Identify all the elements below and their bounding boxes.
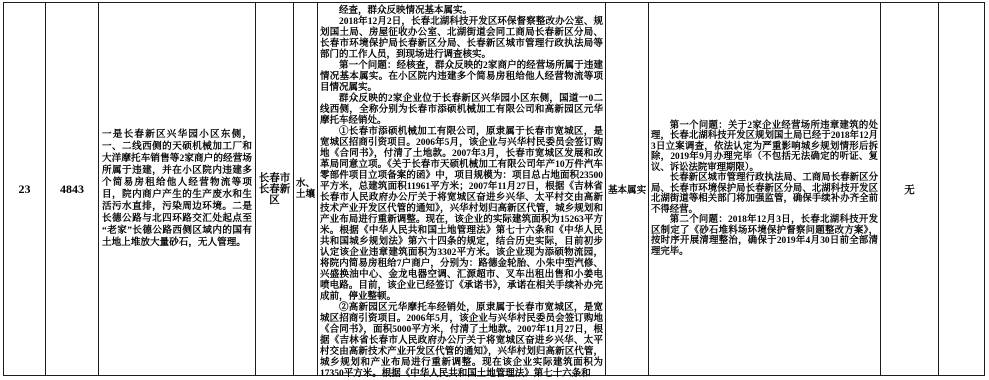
paragraph: ①长春市添硕机械加工有限公司，原隶属于长春市宽城区，是宽城区招商引资项目。200… bbox=[320, 127, 603, 303]
cell-accountability: 无 bbox=[881, 3, 939, 375]
paragraph: 第一个问题：经核查，群众反映的2家商户的经营场所属于违建情况基本属实。在小区院内… bbox=[320, 61, 603, 94]
document-page: 23 4843 一是长春新区兴华园小区东侧，一、二线西侧的天硕机械加工厂和大洋摩… bbox=[0, 0, 989, 380]
pollution-type-value: 水、土壤 bbox=[295, 178, 316, 200]
paragraph: ②高新园区元华摩托车经销处，原隶属于长春市宽城区，是宽城区招商引资项目。2006… bbox=[320, 303, 603, 380]
cell-region: 长春市长春新区 bbox=[256, 3, 294, 375]
paragraph: 经查，群众反映情况基本属实。 bbox=[320, 6, 603, 17]
cell-verification-result: 基本属实 bbox=[606, 3, 649, 375]
complaint-text: 一是长春新区兴华园小区东侧，一、二线西侧的天硕机械加工厂和大洋摩托车销售等2家商… bbox=[102, 129, 252, 249]
cell-complaint: 一是长春新区兴华园小区东侧，一、二线西侧的天硕机械加工厂和大洋摩托车销售等2家商… bbox=[99, 3, 256, 375]
cell-handling: 第一个问题：关于2家企业经营场所违章建筑的处理，长春北湖科技开发区规划国土局已经… bbox=[649, 3, 881, 375]
cell-pollution-type: 水、土壤 bbox=[294, 3, 318, 375]
case-number-value: 4843 bbox=[60, 182, 84, 197]
paragraph: 2018年12月2日，长春北湖科技开发区环保督察整改办公室、规划国土局、房屋征收… bbox=[320, 17, 603, 61]
region-value: 长春市长春新区 bbox=[258, 173, 291, 206]
cell-case-number: 4843 bbox=[46, 3, 99, 375]
cell-empty bbox=[939, 3, 984, 375]
verification-result-value: 基本属实 bbox=[608, 182, 646, 196]
index-value: 23 bbox=[19, 182, 31, 197]
paragraph: 长春新区城市管理行政执法局、工商局长春新区分局、长春市环境保护局长春新区分局、北… bbox=[651, 173, 878, 215]
paragraph: 第二个问题：2018年12月3日，长春北湖科技开发区制定了《砂石堆料场环境保护督… bbox=[651, 215, 878, 257]
paragraph: 第一个问题：关于2家企业经营场所违章建筑的处理，长春北湖科技开发区规划国土局已经… bbox=[651, 121, 878, 174]
case-table-row: 23 4843 一是长春新区兴华园小区东侧，一、二线西侧的天硕机械加工厂和大洋摩… bbox=[3, 2, 985, 376]
paragraph: 群众反映的2家企业位于长春新区兴华园小区东侧，国道一0二线西侧，全称分别为长春市… bbox=[320, 94, 603, 127]
cell-investigation: 经查，群众反映情况基本属实。2018年12月2日，长春北湖科技开发区环保督察整改… bbox=[318, 3, 606, 375]
cell-index: 23 bbox=[4, 3, 46, 375]
accountability-value: 无 bbox=[904, 182, 915, 197]
